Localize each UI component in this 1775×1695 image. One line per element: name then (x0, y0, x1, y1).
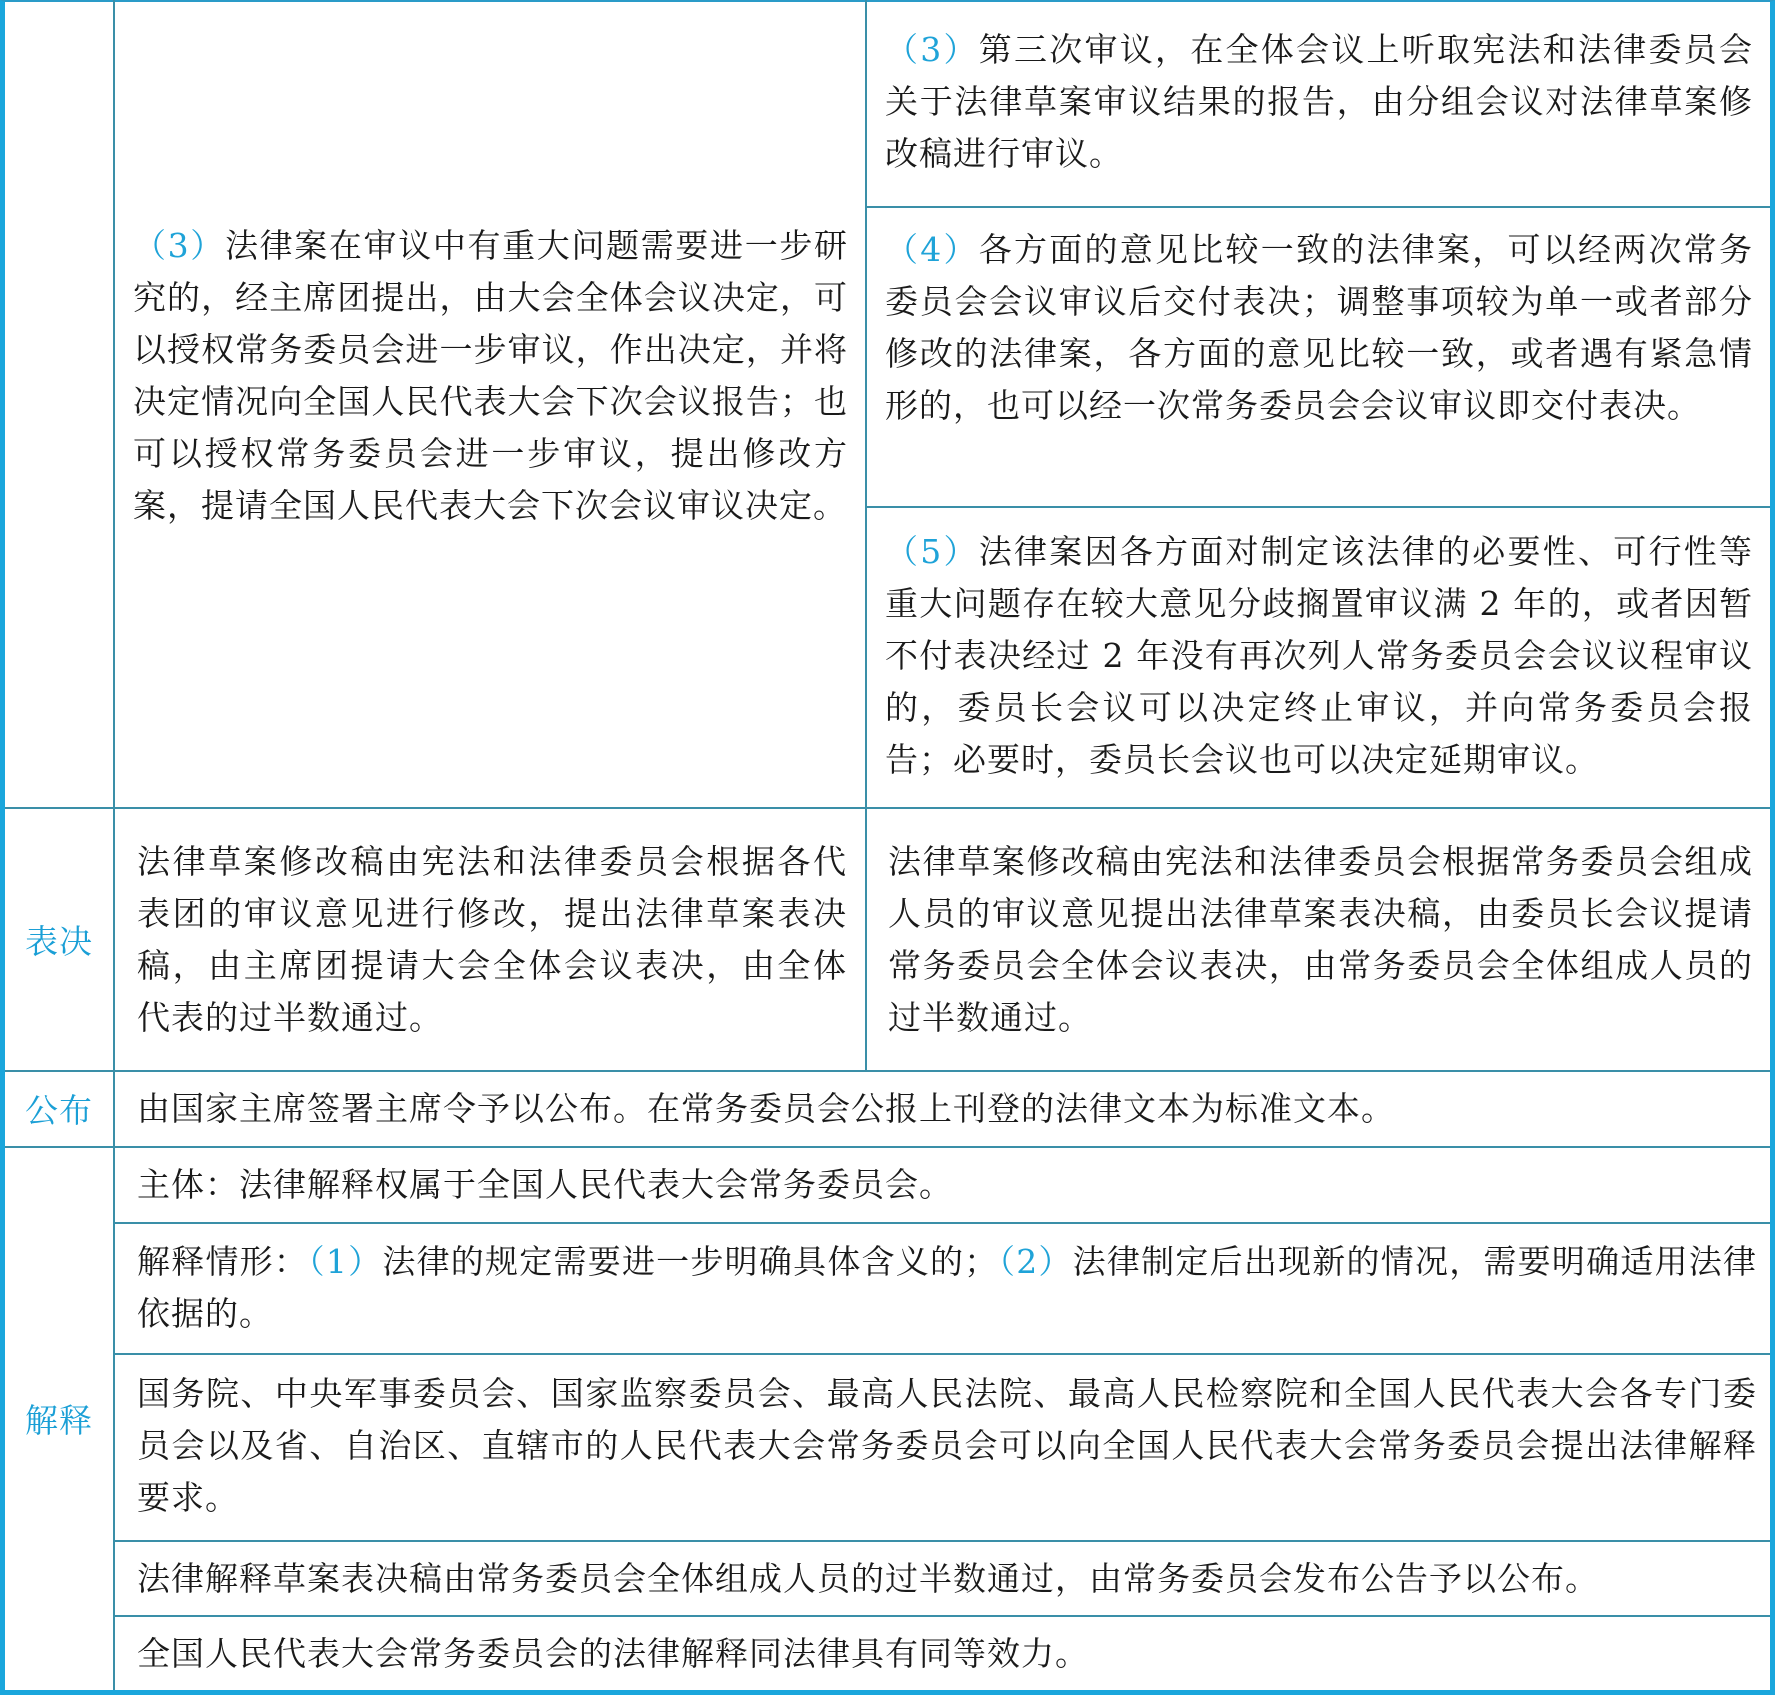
cell-text: 国务院、中央军事委员会、国家监察委员会、最高人民法院、最高人民检察院和全国人民代… (137, 1368, 1757, 1524)
row-label-vote: 表决 (5, 808, 113, 1070)
cell-text: 法律草案修改稿由宪法和法律委员会根据常务委员会组成人员的审议意见提出法律草案表决… (888, 836, 1753, 1044)
cell-text: 法律解释草案表决稿由常务委员会全体组成人员的过半数通过，由常务委员会发布公告予以… (137, 1553, 1757, 1605)
item-number: （5） (885, 532, 979, 571)
npcsc-review-cell-5: （5）法律案因各方面对制定该法律的必要性、可行性等重大问题存在较大意见分歧搁置审… (885, 526, 1753, 786)
npc-review-cell-3: （3）法律案在审议中有重大问题需要进一步研究的，经主席团提出，由大会全体会议决定… (133, 220, 848, 532)
middle-column-divider (865, 0, 867, 1071)
cell-text: 各方面的意见比较一致的法律案，可以经两次常务委员会会议审议后交付表决；调整事项较… (885, 230, 1753, 425)
item-number: （3） (133, 226, 225, 265)
interpret-subject-cell: 主体：法律解释权属于全国人民代表大会常务委员会。 (137, 1159, 1757, 1211)
cell-text: 法律草案修改稿由宪法和法律委员会根据各代表团的审议意见进行修改，提出法律草案表决… (137, 836, 847, 1044)
cell-text: 法律案因各方面对制定该法律的必要性、可行性等重大问题存在较大意见分歧搁置审议满 … (885, 532, 1753, 779)
npcsc-review-cell-3: （3）第三次审议，在全体会议上听取宪法和法律委员会关于法律草案审议结果的报告，由… (885, 24, 1753, 180)
promulgate-cell: 由国家主席签署主席令予以公布。在常务委员会公报上刊登的法律文本为标准文本。 (137, 1083, 1757, 1135)
interpret-vote-cell: 法律解释草案表决稿由常务委员会全体组成人员的过半数通过，由常务委员会发布公告予以… (137, 1553, 1757, 1605)
row-divider (5, 807, 1770, 809)
interpret-request-cell: 国务院、中央军事委员会、国家监察委员会、最高人民法院、最高人民检察院和全国人民代… (137, 1368, 1757, 1524)
npcsc-vote-cell: 法律草案修改稿由宪法和法律委员会根据常务委员会组成人员的审议意见提出法律草案表决… (888, 836, 1753, 1044)
divider (114, 1540, 1770, 1542)
row-label-promulgate: 公布 (5, 1071, 113, 1146)
cell-text: 全国人民代表大会常务委员会的法律解释同法律具有同等效力。 (137, 1628, 1757, 1680)
npc-vote-cell: 法律草案修改稿由宪法和法律委员会根据各代表团的审议意见进行修改，提出法律草案表决… (137, 836, 847, 1044)
item-number: （3） (885, 30, 979, 69)
item-number: （2） (998, 1242, 1072, 1281)
divider (114, 1353, 1770, 1355)
item-number: （1） (308, 1242, 382, 1281)
cell-prefix: 解释情形： (137, 1242, 308, 1281)
row-divider (5, 1146, 1770, 1148)
cell-text: 法律的规定需要进一步明确具体含义的； (382, 1242, 998, 1281)
cell-text: 第三次审议，在全体会议上听取宪法和法律委员会关于法律草案审议结果的报告，由分组会… (885, 30, 1753, 173)
cell-text: 法律案在审议中有重大问题需要进一步研究的，经主席团提出，由大会全体会议决定，可以… (133, 226, 848, 525)
divider (114, 1615, 1770, 1617)
label-column-divider (113, 0, 115, 1690)
npcsc-review-cell-4: （4）各方面的意见比较一致的法律案，可以经两次常务委员会会议审议后交付表决；调整… (885, 224, 1753, 432)
cell-text: 由国家主席签署主席令予以公布。在常务委员会公报上刊登的法律文本为标准文本。 (137, 1083, 1757, 1135)
cell-text: 主体：法律解释权属于全国人民代表大会常务委员会。 (137, 1159, 1757, 1211)
interpret-circumstances-cell: 解释情形：（1）法律的规定需要进一步明确具体含义的；（2）法律制定后出现新的情况… (137, 1236, 1757, 1340)
row-divider (5, 1070, 1770, 1072)
interpret-effect-cell: 全国人民代表大会常务委员会的法律解释同法律具有同等效力。 (137, 1628, 1757, 1680)
divider (866, 206, 1770, 208)
divider (114, 1222, 1770, 1224)
row-label-interpret: 解释 (5, 1147, 113, 1690)
item-number: （4） (885, 230, 979, 269)
divider (866, 506, 1770, 508)
